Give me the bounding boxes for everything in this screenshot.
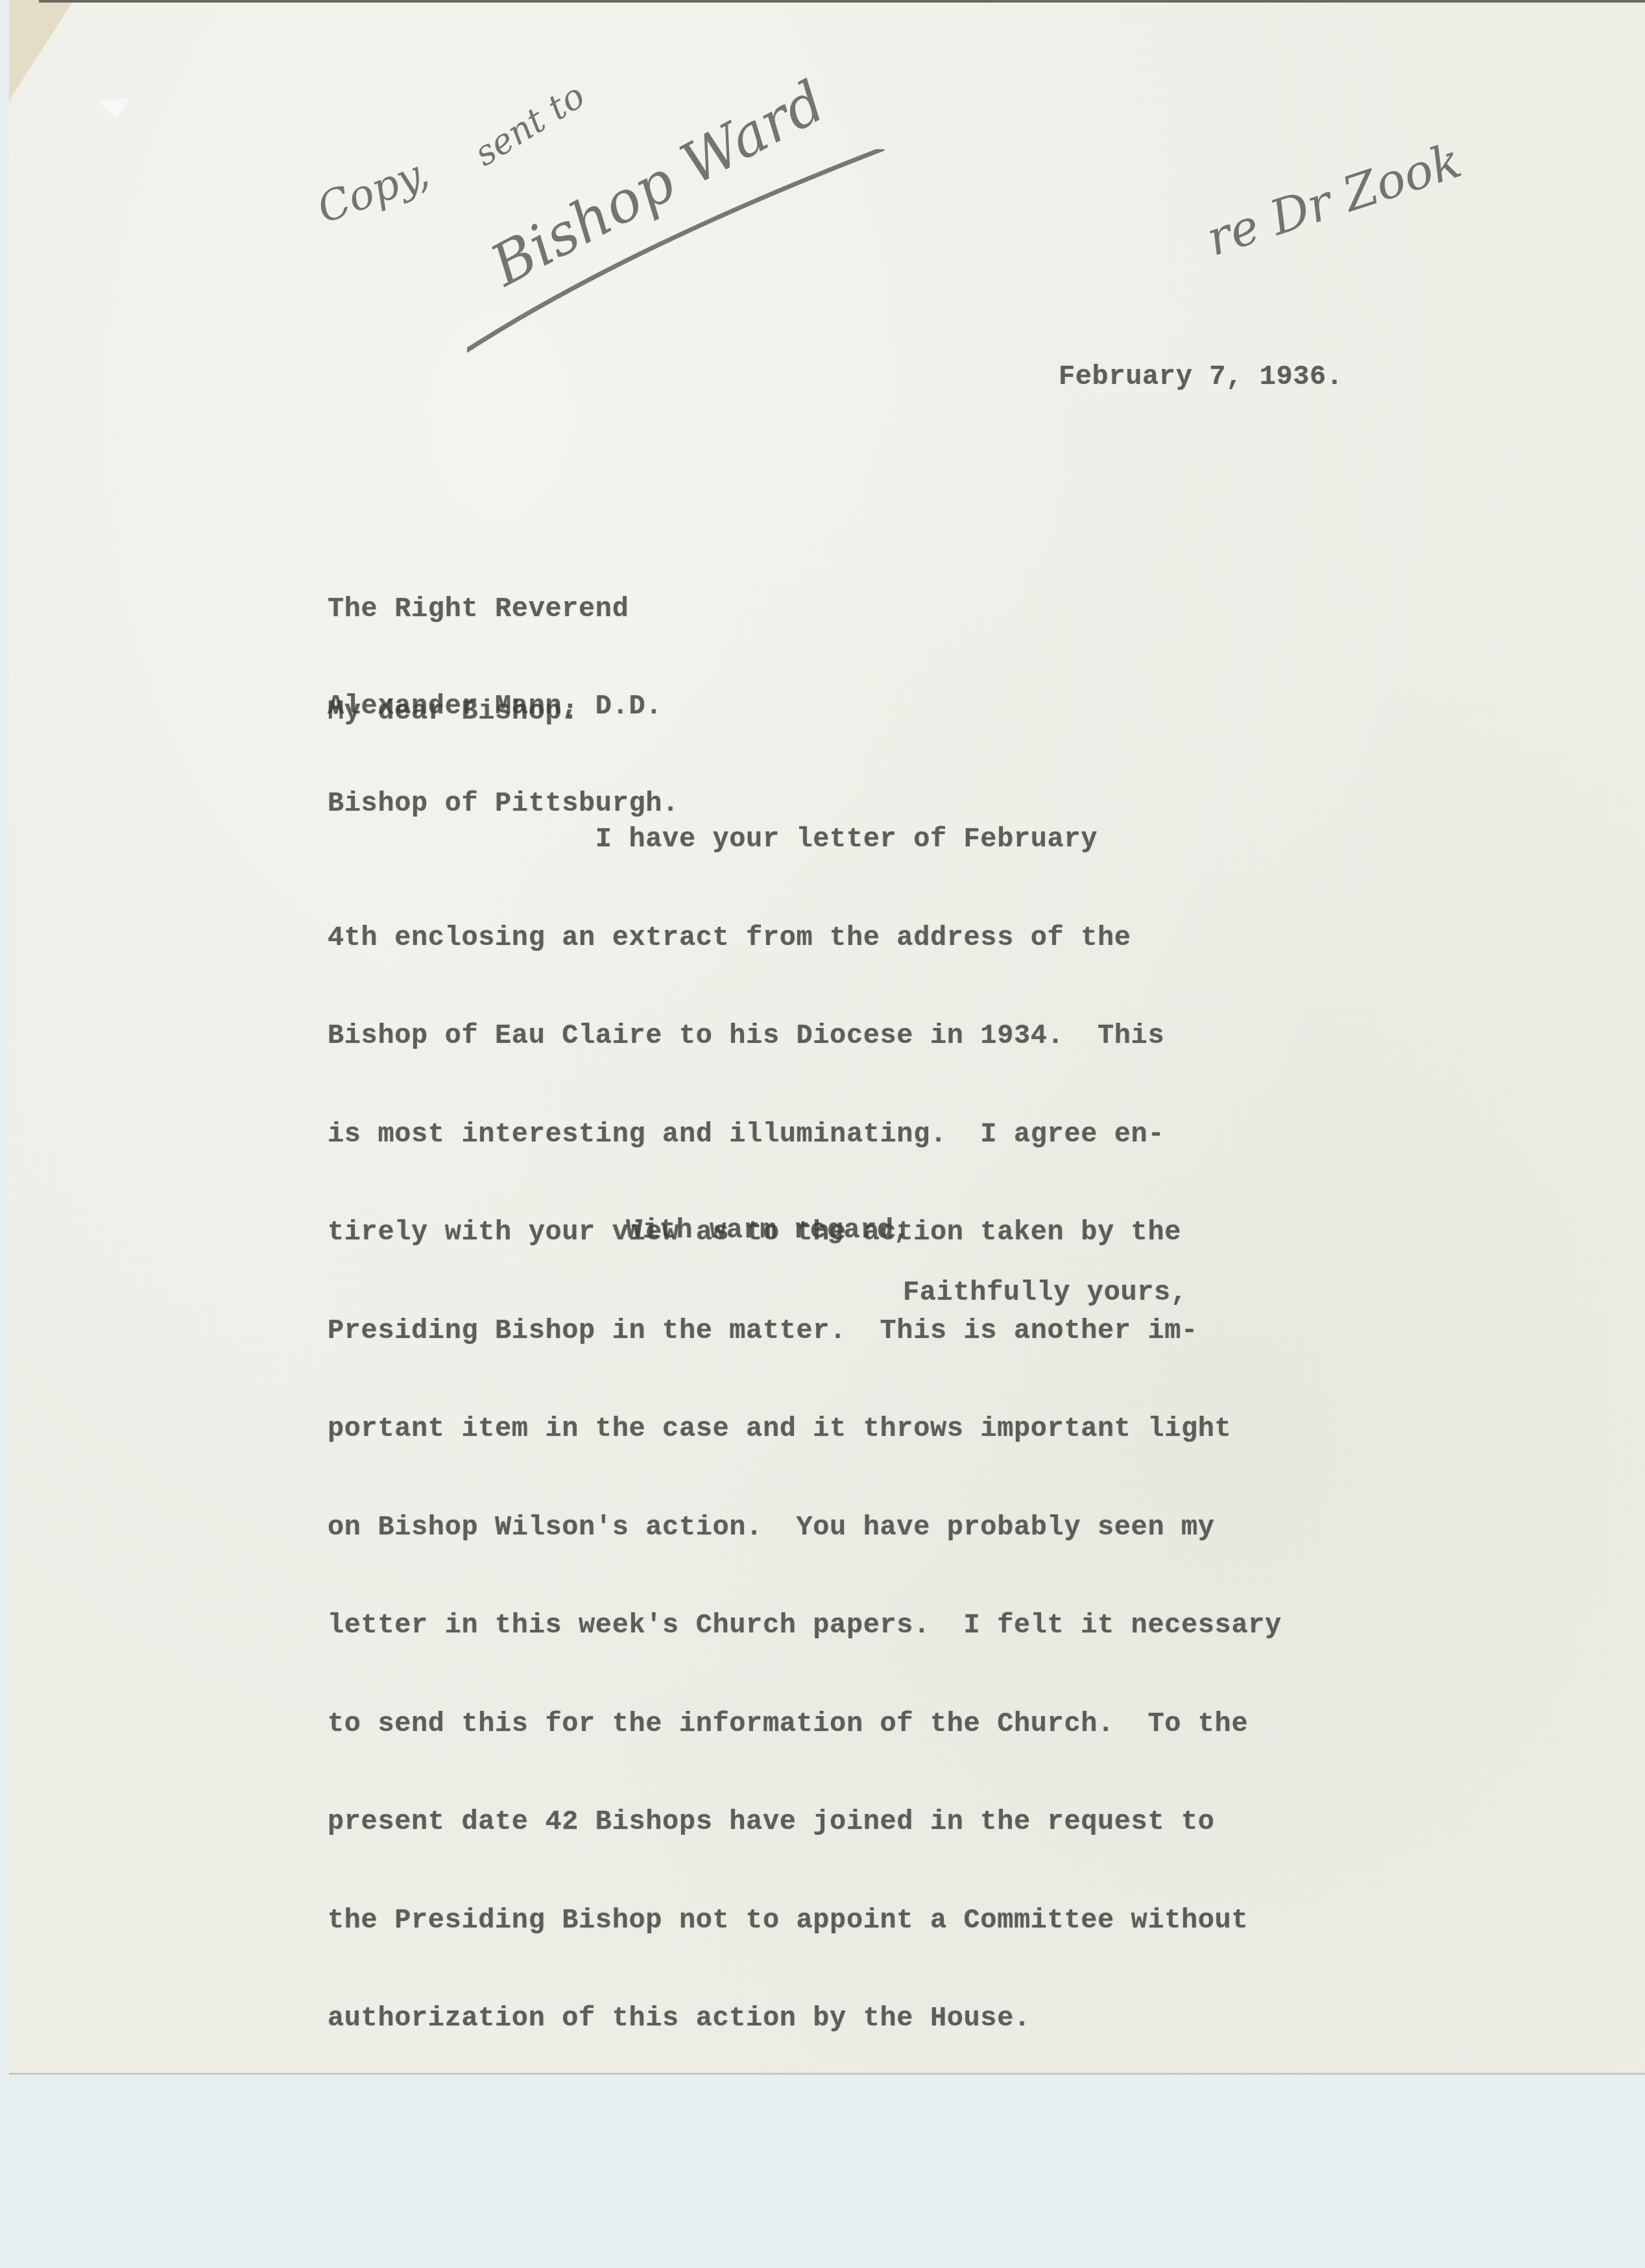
page-top-edge [39, 0, 1645, 3]
closing-phrase: With warm regard, [626, 1214, 911, 1247]
body-line: the Presiding Bishop not to appoint a Co… [328, 1904, 1282, 1937]
folded-corner [9, 0, 74, 101]
body-line: Bishop of Eau Claire to his Diocese in 1… [328, 1020, 1282, 1053]
body-line: letter in this week's Church papers. I f… [328, 1609, 1282, 1642]
body-line: present date 42 Bishops have joined in t… [328, 1806, 1282, 1839]
body-line: is most interesting and illuminating. I … [328, 1118, 1282, 1151]
body-line: portant item in the case and it throws i… [328, 1413, 1282, 1446]
body-line: authorization of this action by the Hous… [328, 2002, 1282, 2035]
address-line: The Right Reverend [328, 593, 679, 625]
torn-hole [98, 99, 130, 120]
body-line: to send this for the information of the … [328, 1708, 1282, 1741]
body-line: 4th enclosing an extract from the addres… [328, 922, 1282, 955]
pencil-underline-stroke [467, 149, 921, 370]
body-line: I have your letter of February [328, 823, 1282, 856]
body-line: Presiding Bishop in the matter. This is … [328, 1315, 1282, 1348]
body-line: on Bishop Wilson's action. You have prob… [328, 1511, 1282, 1544]
letter-date: February 7, 1936. [1059, 361, 1343, 393]
letter-body: I have your letter of February 4th enclo… [328, 758, 1282, 2068]
salutation: My dear Bishop: [328, 695, 579, 728]
signoff: Faithfully yours, [903, 1276, 1188, 1309]
